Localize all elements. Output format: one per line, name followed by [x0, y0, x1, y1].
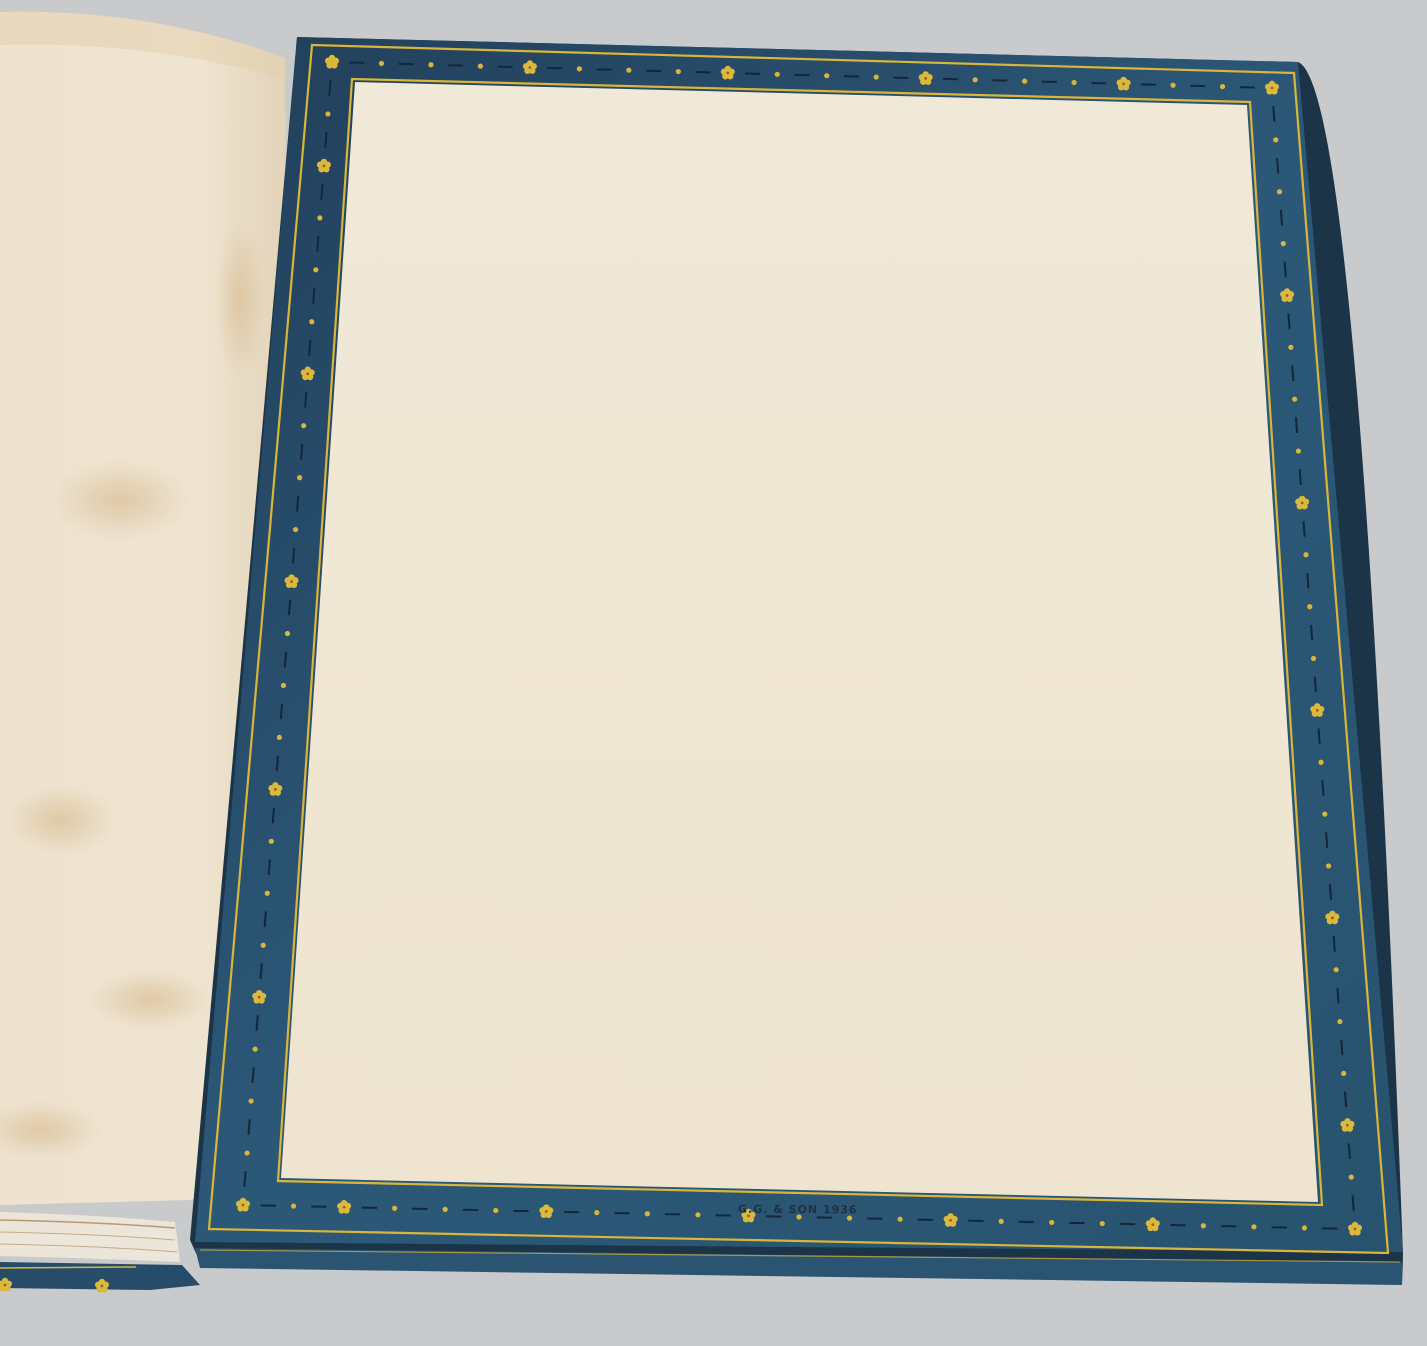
book-photo [0, 0, 1427, 1346]
inner-panel [281, 82, 1318, 1202]
binder-stamp: G.G. & SON 1936 [738, 1203, 858, 1217]
page-edges [0, 1212, 180, 1262]
